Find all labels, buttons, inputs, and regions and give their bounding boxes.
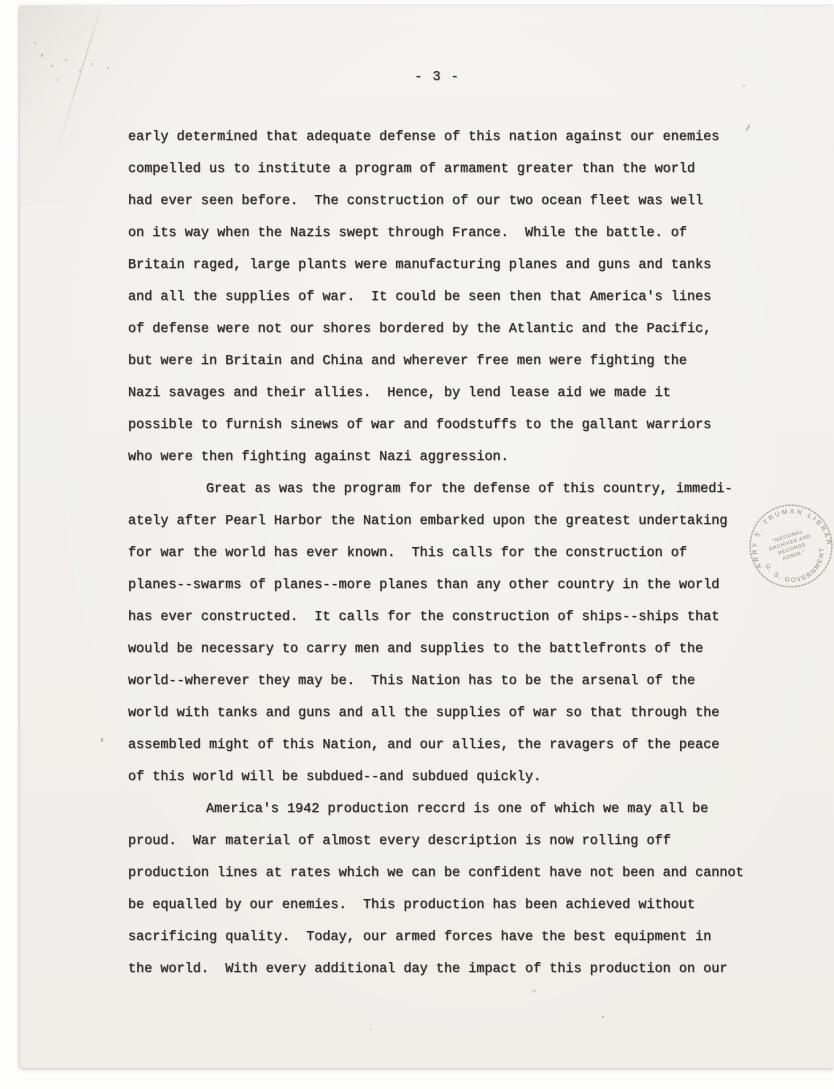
truman-library-stamp: HARRY S. TRUMAN LIBRARY U. S. GOVERNMENT… — [742, 497, 834, 595]
scanned-document: - 3 - early determined that adequate def… — [0, 0, 834, 1089]
text-line: would be necessary to carry men and supp… — [128, 634, 788, 666]
text-line: Nazi savages and their allies. Hence, by… — [128, 378, 788, 410]
text-line: possible to furnish sinews of war and fo… — [128, 410, 788, 442]
text-line: planes--swarms of planes--more planes th… — [128, 570, 788, 602]
text-line: America's 1942 production reccrd is one … — [128, 794, 788, 826]
document-page: - 3 - early determined that adequate def… — [20, 6, 834, 1068]
text-line: the world. With every additional day the… — [128, 954, 788, 986]
text-line: Great as was the program for the defense… — [128, 474, 788, 506]
text-line: Britain raged, large plants were manufac… — [128, 250, 788, 282]
text-line: compelled us to institute a program of a… — [128, 154, 788, 186]
text-line: production lines at rates which we can b… — [128, 858, 788, 890]
document-body: early determined that adequate defense o… — [128, 122, 788, 986]
text-line: sacrificing quality. Today, our armed fo… — [128, 922, 788, 954]
text-line: proud. War material of almost every desc… — [128, 826, 788, 858]
text-line: for war the world has ever known. This c… — [128, 538, 788, 570]
text-line: and all the supplies of war. It could be… — [128, 282, 788, 314]
text-line: but were in Britain and China and wherev… — [128, 346, 788, 378]
text-line: had ever seen before. The construction o… — [128, 186, 788, 218]
paper-crease — [52, 0, 103, 163]
text-line: who were then fighting against Nazi aggr… — [128, 442, 788, 474]
page-number: - 3 - — [397, 70, 477, 85]
text-line: ately after Pearl Harbor the Nation emba… — [128, 506, 788, 538]
text-line: assembled might of this Nation, and our … — [128, 730, 788, 762]
text-line: has ever constructed. It calls for the c… — [128, 602, 788, 634]
text-line: world--wherever they may be. This Nation… — [128, 666, 788, 698]
text-line: be equalled by our enemies. This product… — [128, 890, 788, 922]
text-line: on its way when the Nazis swept through … — [128, 218, 788, 250]
text-line: of this world will be subdued--and subdu… — [128, 762, 788, 794]
text-line: of defense were not our shores bordered … — [128, 314, 788, 346]
text-line: world with tanks and guns and all the su… — [128, 698, 788, 730]
text-line: early determined that adequate defense o… — [128, 122, 788, 154]
